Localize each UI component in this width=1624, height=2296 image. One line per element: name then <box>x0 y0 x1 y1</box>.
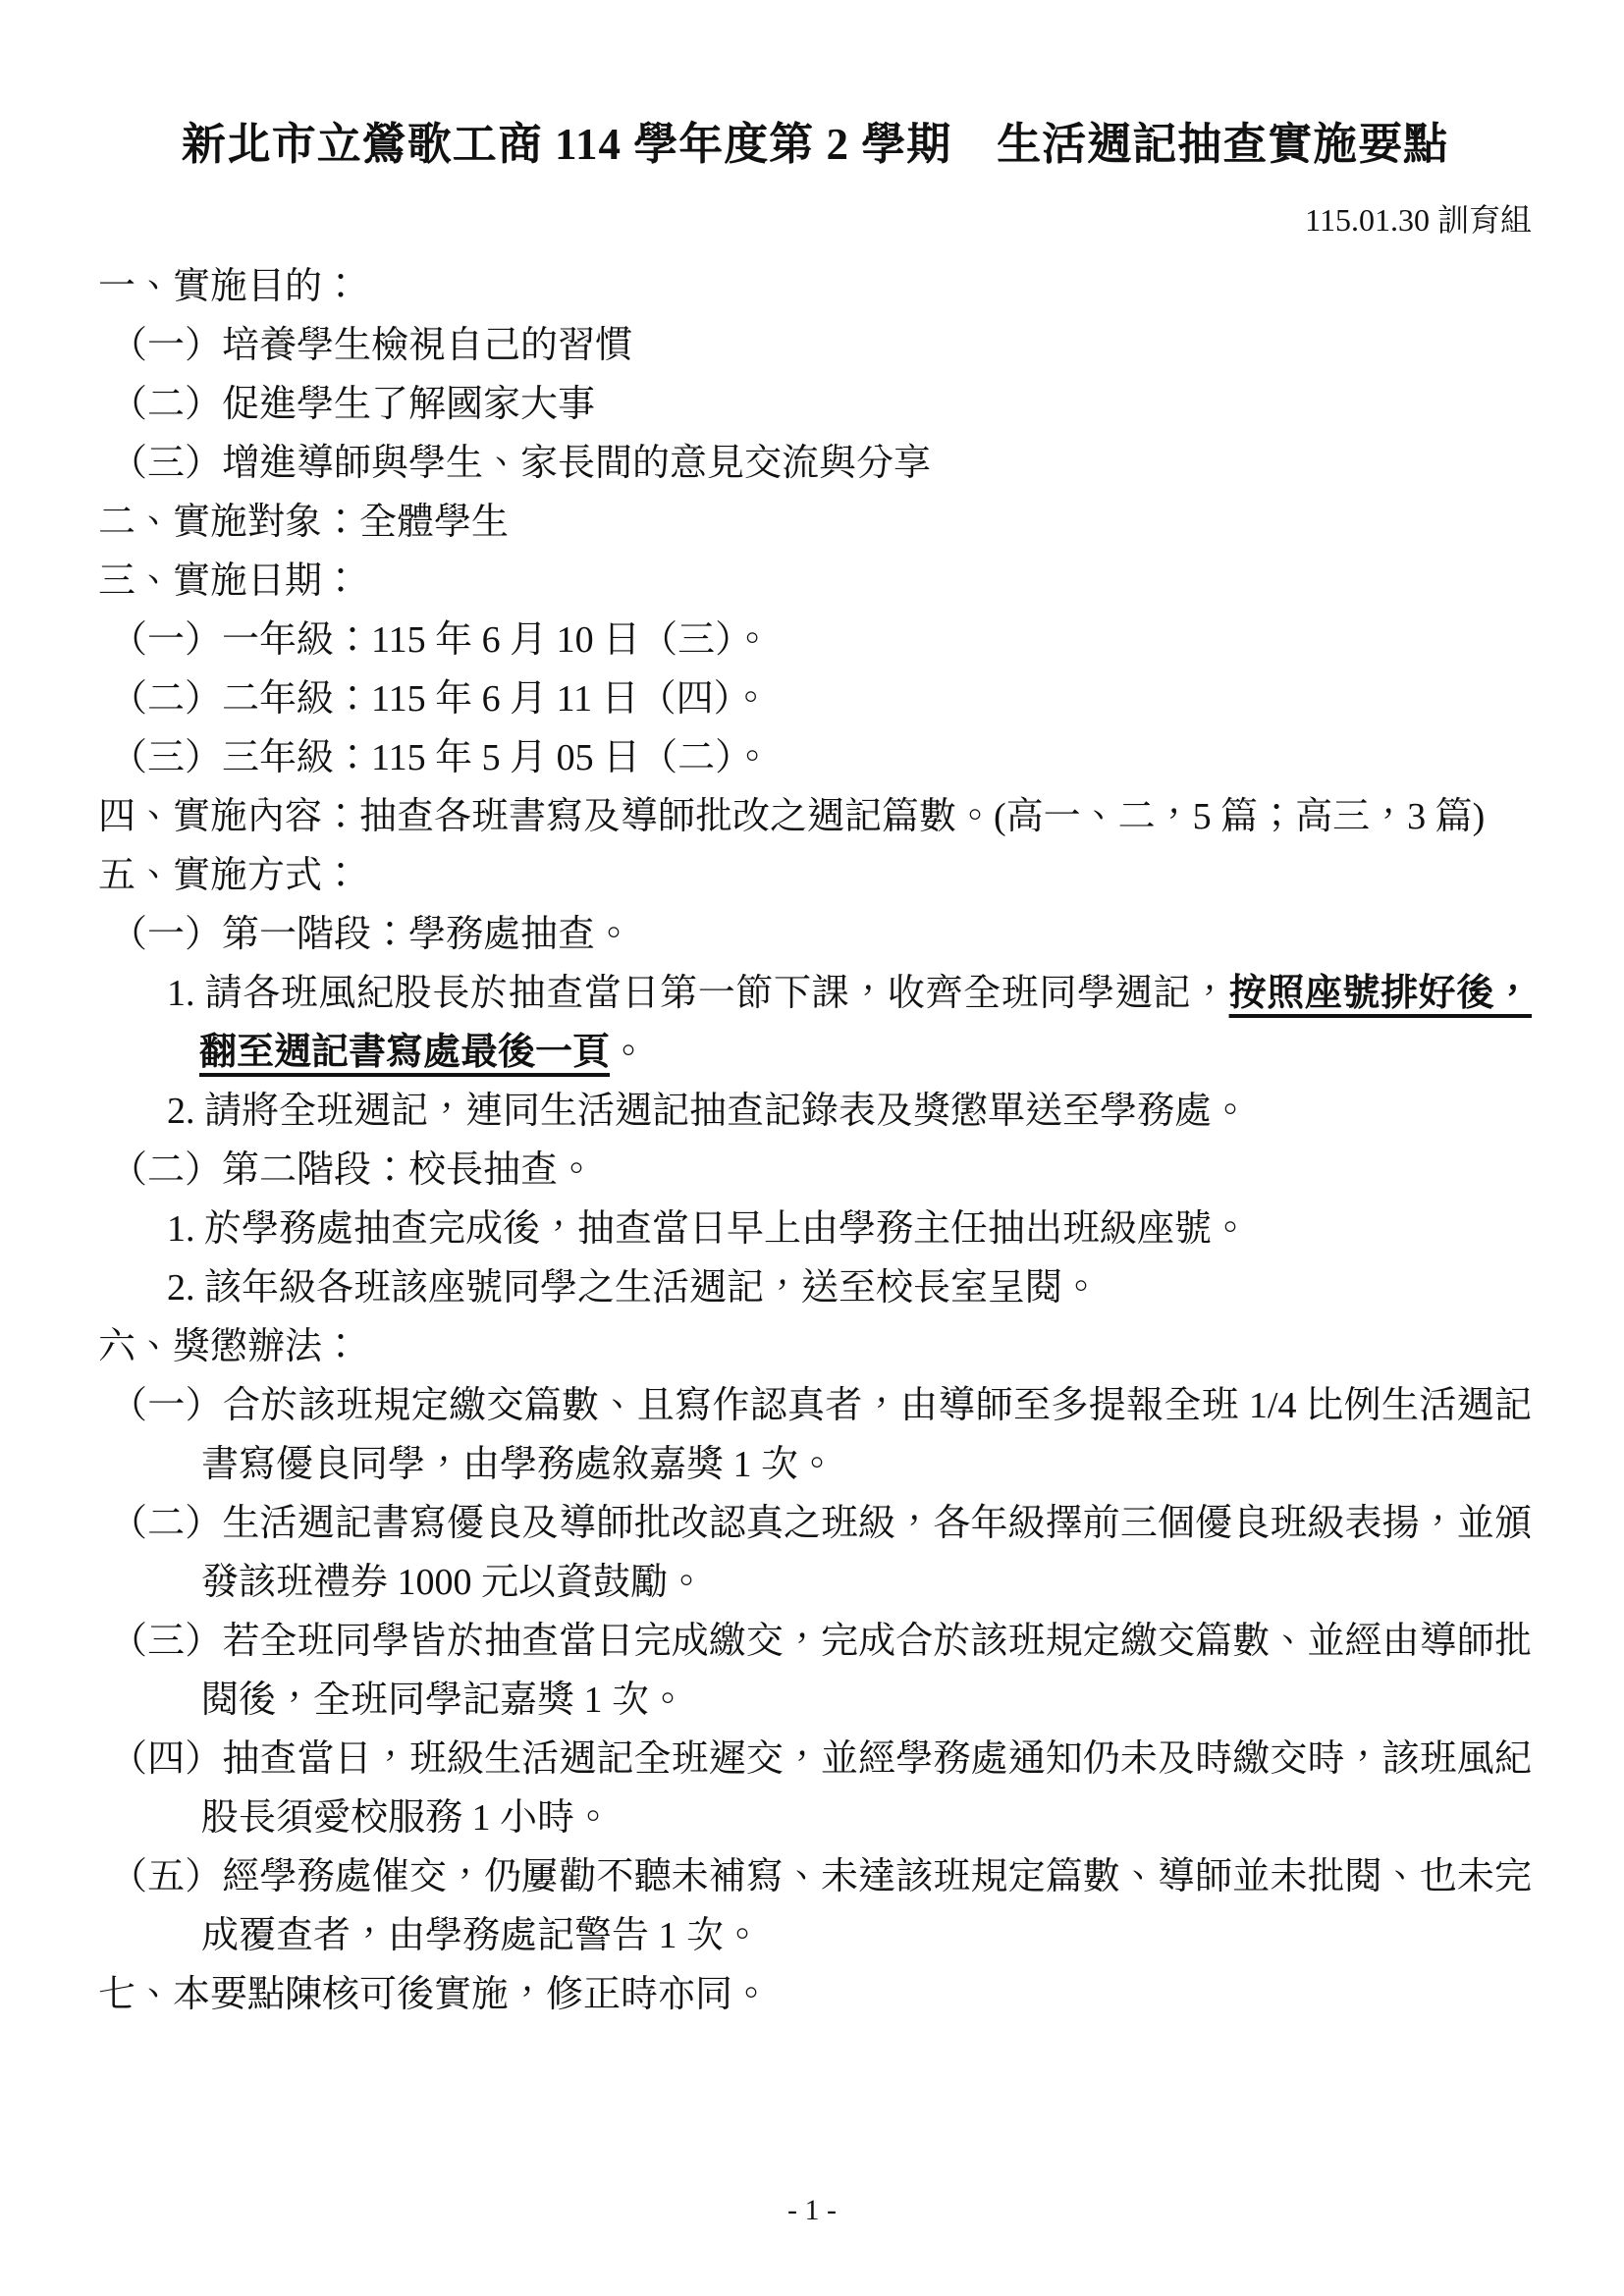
document-body: 一、實施目的： （一）培養學生檢視自己的習慣 （二）促進學生了解國家大事 （三）… <box>98 257 1532 2024</box>
method-stage2-heading: （二）第二階段：校長抽查。 <box>98 1141 1532 1200</box>
rewards-item-1: （一）合於該班規定繳交篇數、且寫作認真者，由導師至多提報全班 1/4 比例生活週… <box>98 1376 1532 1494</box>
method-stage2-step1: 1. 於學務處抽查完成後，抽查當日早上由學務主任抽出班級座號。 <box>98 1200 1532 1258</box>
document-title: 新北市立鶯歌工商 114 學年度第 2 學期 生活週記抽查實施要點 <box>98 116 1532 173</box>
section-rewards-heading: 六、獎懲辦法： <box>98 1317 1532 1376</box>
issued-date-unit: 115.01.30 訓育組 <box>98 198 1532 241</box>
method-stage2-step2: 2. 該年級各班該座號同學之生活週記，送至校長室呈閱。 <box>98 1258 1532 1317</box>
rewards-item-2: （二）生活週記書寫優良及導師批改認真之班級，各年級擇前三個優良班級表揚，並頒發該… <box>98 1494 1532 1612</box>
method-stage1-step1: 1. 請各班風紀股長於抽查當日第一節下課，收齊全班同學週記，按照座號排好後，翻至… <box>98 964 1532 1082</box>
section-dates-heading: 三、實施日期： <box>98 552 1532 611</box>
method-stage1-heading: （一）第一階段：學務處抽查。 <box>98 905 1532 964</box>
section-content-heading: 四、實施內容：抽查各班書寫及導師批改之週記篇數。(高一、二，5 篇；高三，3 篇… <box>98 787 1532 846</box>
section-final-heading: 七、本要點陳核可後實施，修正時亦同。 <box>98 1965 1532 2024</box>
section-target-heading: 二、實施對象：全體學生 <box>98 493 1532 552</box>
rewards-item-3: （三）若全班同學皆於抽查當日完成繳交，完成合於該班規定繳交篇數、並經由導師批閱後… <box>98 1612 1532 1730</box>
section-purpose-heading: 一、實施目的： <box>98 257 1532 316</box>
section-method-heading: 五、實施方式： <box>98 846 1532 905</box>
date-item-grade3: （三）三年級：115 年 5 月 05 日（二）。 <box>98 728 1532 787</box>
method-stage1-step2: 2. 請將全班週記，連同生活週記抽查記錄表及獎懲單送至學務處。 <box>98 1082 1532 1141</box>
step1-text-after: 。 <box>610 1032 647 1073</box>
document-content: 新北市立鶯歌工商 114 學年度第 2 學期 生活週記抽查實施要點 115.01… <box>0 0 1624 2024</box>
step1-text-before: 1. 請各班風紀股長於抽查當日第一節下課，收齊全班同學週記， <box>167 973 1229 1014</box>
purpose-item-3: （三）增進導師與學生、家長間的意見交流與分享 <box>98 434 1532 493</box>
rewards-item-5: （五）經學務處催交，仍屢勸不聽未補寫、未達該班規定篇數、導師並未批閱、也未完成覆… <box>98 1847 1532 1965</box>
date-item-grade2: （二）二年級：115 年 6 月 11 日（四）。 <box>98 669 1532 728</box>
purpose-item-2: （二）促進學生了解國家大事 <box>98 375 1532 434</box>
purpose-item-1: （一）培養學生檢視自己的習慣 <box>98 316 1532 375</box>
date-item-grade1: （一）一年級：115 年 6 月 10 日（三）。 <box>98 611 1532 669</box>
rewards-item-4: （四）抽查當日，班級生活週記全班遲交，並經學務處通知仍未及時繳交時，該班風紀股長… <box>98 1730 1532 1847</box>
document-page: 新北市立鶯歌工商 114 學年度第 2 學期 生活週記抽查實施要點 115.01… <box>0 0 1624 2296</box>
page-number: - 1 - <box>0 2191 1624 2230</box>
